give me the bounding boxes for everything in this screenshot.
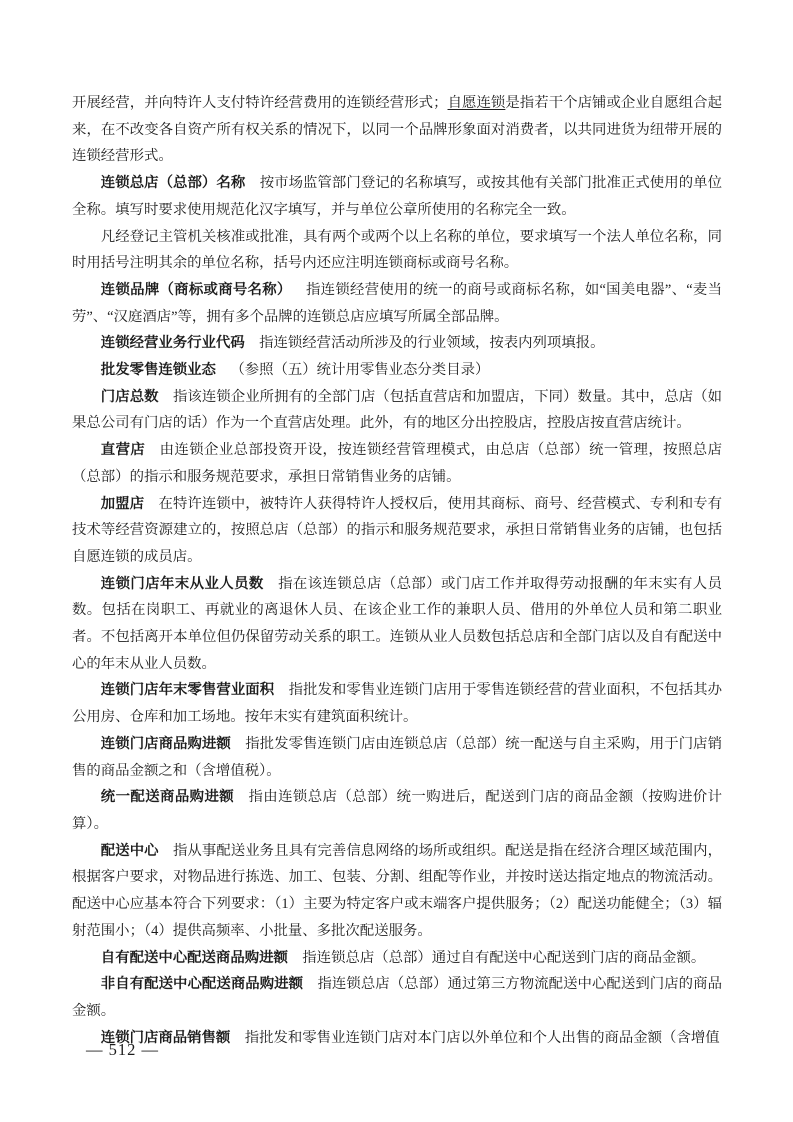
term-label: 连锁门店商品购进额 [101,736,231,752]
term-label: 加盟店 [101,496,144,512]
term-label: 连锁品牌（商标或商号名称） [101,282,292,298]
term-label: 连锁经营业务行业代码 [101,335,245,351]
underlined-term-voluntary-chain: 自愿连锁 [448,95,506,111]
paragraph-yearend-retail-area: 连锁门店年末零售营业面积指批发和零售业连锁门店用于零售连锁经营的营业面积，不包括… [72,677,722,730]
paragraph-total-stores: 门店总数指该连锁企业所拥有的全部门店（包括直营店和加盟店，下同）数量。其中，总店… [72,384,722,437]
term-definition: 在特许连锁中，被特许人获得特许人授权后，使用其商标、商号、经营模式、专利和专有技… [72,496,722,565]
paragraph-direct-store: 直营店由连锁企业总部投资开设，按连锁经营管理模式，由总店（总部）统一管理，按照总… [72,437,722,490]
page-number: — 512 — [86,1040,159,1059]
paragraph-franchise-store: 加盟店在特许连锁中，被特许人获得特许人授权后，使用其商标、商号、经营模式、专利和… [72,491,722,571]
term-label: 连锁门店年末零售营业面积 [101,682,274,698]
term-label: 统一配送商品购进额 [101,789,234,805]
term-label: 非自有配送中心配送商品购进额 [101,976,303,992]
page-footer: — 512 — [86,1037,159,1063]
paragraph-own-distribution-center-purchase: 自有配送中心配送商品购进额指连锁总店（总部）通过自有配送中心配送到门店的商品金额… [72,945,722,972]
document-page: 开展经营，并向特许人支付特许经营费用的连锁经营形式；自愿连锁是指若干个店铺或企业… [0,0,793,1122]
paragraph-chain-brand: 连锁品牌（商标或商号名称）指连锁经营使用的统一的商号或商标名称，如“国美电器”、… [72,277,722,330]
term-label: 连锁门店年末从业人员数 [101,576,264,592]
paragraph-text: 凡经登记主管机关核准或批准，具有两个或两个以上名称的单位，要求填写一个法人单位名… [72,229,722,272]
paragraph-industry-code: 连锁经营业务行业代码指连锁经营活动所涉及的行业领域，按表内列项填报。 [72,330,722,357]
term-definition: 指该连锁企业所拥有的全部门店（包括直营店和加盟店，下同）数量。其中，总店（如果总… [72,389,722,432]
term-definition: 指连锁总店（总部）通过自有配送中心配送到门店的商品金额。 [302,950,705,966]
term-definition: 指批发和零售业连锁门店对本门店以外单位和个人出售的商品金额（含增值 [245,1030,720,1046]
term-definition: 由连锁企业总部投资开设，按连锁经营管理模式，由总店（总部）统一管理，按照总店（总… [72,442,722,485]
paragraph-distribution-center: 配送中心指从事配送业务且具有完善信息网络的场所或组织。配送是指在经济合理区域范围… [72,838,722,945]
paragraph-text: 开展经营，并向特许人支付特许经营费用的连锁经营形式； [72,95,448,111]
paragraph-yearend-employees: 连锁门店年末从业人员数指在该连锁总店（总部）或门店工作并取得劳动报酬的年末实有人… [72,571,722,678]
paragraph-retail-format: 批发零售连锁业态（参照（五）统计用零售业态分类目录） [72,357,722,384]
paragraph-chain-headquarters-name: 连锁总店（总部）名称按市场监管部门登记的名称填写，或按其他有关部门批准正式使用的… [72,170,722,223]
term-label: 连锁总店（总部）名称 [101,175,246,191]
term-definition: （参照（五）统计用零售业态分类目录） [230,362,489,378]
term-definition: 指连锁经营活动所涉及的行业领域，按表内列项填报。 [259,335,604,351]
term-label: 配送中心 [101,843,159,859]
page-content: 开展经营，并向特许人支付特许经营费用的连锁经营形式；自愿连锁是指若干个店铺或企业… [72,90,722,1051]
term-definition: 指从事配送业务且具有完善信息网络的场所或组织。配送是指在经济合理区域范围内，根据… [72,843,722,939]
paragraph-store-sales-amount: 连锁门店商品销售额指批发和零售业连锁门店对本门店以外单位和个人出售的商品金额（含… [72,1025,722,1052]
paragraph-voluntary-chain-continuation: 开展经营，并向特许人支付特许经营费用的连锁经营形式；自愿连锁是指若干个店铺或企业… [72,90,722,170]
term-label: 批发零售连锁业态 [101,362,216,378]
term-label: 自有配送中心配送商品购进额 [101,950,288,966]
paragraph-store-purchase-amount: 连锁门店商品购进额指批发零售连锁门店由连锁总店（总部）统一配送与自主采购，用于门… [72,731,722,784]
paragraph-thirdparty-distribution-center-purchase: 非自有配送中心配送商品购进额指连锁总店（总部）通过第三方物流配送中心配送到门店的… [72,971,722,1024]
term-label: 门店总数 [101,389,159,405]
paragraph-registered-names-note: 凡经登记主管机关核准或批准，具有两个或两个以上名称的单位，要求填写一个法人单位名… [72,224,722,277]
paragraph-unified-distribution-purchase: 统一配送商品购进额指由连锁总店（总部）统一购进后，配送到门店的商品金额（按购进价… [72,784,722,837]
term-label: 直营店 [101,442,145,458]
